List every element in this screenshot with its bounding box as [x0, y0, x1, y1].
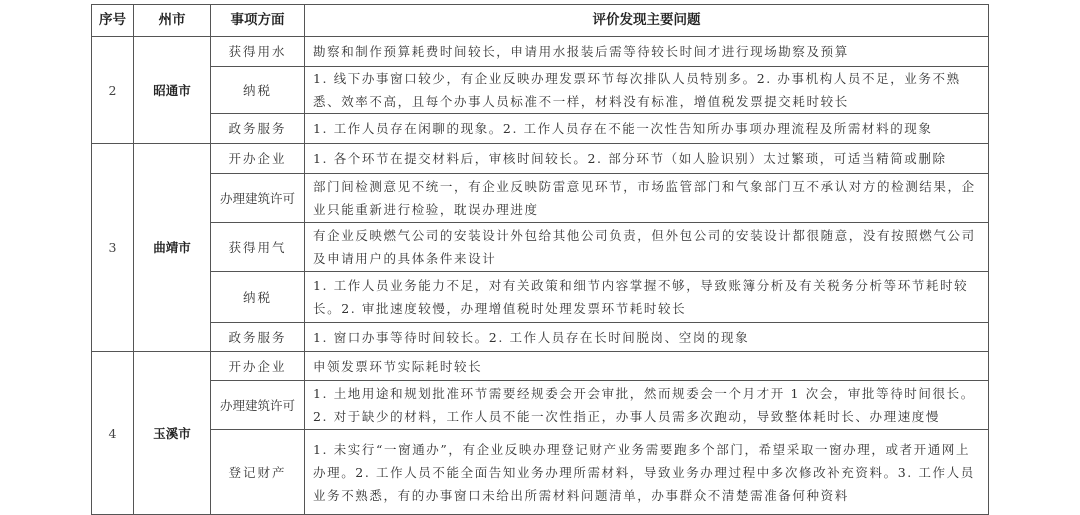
issue-description: 1. 各个环节在提交材料后，审核时间较长。2. 部分环节（如人脸识别）太过繁琐，…: [305, 144, 989, 174]
item-category: 办理建筑许可: [211, 174, 305, 223]
city-name: 曲靖市: [134, 144, 211, 352]
city-name: 昭通市: [134, 37, 211, 144]
table-row: 3 曲靖市 开办企业 1. 各个环节在提交材料后，审核时间较长。2. 部分环节（…: [92, 144, 989, 174]
table-row: 纳税 1. 工作人员业务能力不足，对有关政策和细节内容掌握不够，导致账簿分析及有…: [92, 272, 989, 323]
table-row: 办理建筑许可 部门间检测意见不统一，有企业反映防雷意见环节，市场监管部门和气象部…: [92, 174, 989, 223]
city-name: 玉溪市: [134, 352, 211, 515]
header-issue: 评价发现主要问题: [305, 5, 989, 37]
issue-description: 1. 未实行“一窗通办”，有企业反映办理登记财产业务需要跑多个部门，希望采取一窗…: [305, 430, 989, 515]
issue-description: 有企业反映燃气公司的安装设计外包给其他公司负责，但外包公司的安装设计都很随意，没…: [305, 223, 989, 272]
table-row: 获得用气 有企业反映燃气公司的安装设计外包给其他公司负责，但外包公司的安装设计都…: [92, 223, 989, 272]
row-number: 3: [92, 144, 134, 352]
item-category: 政务服务: [211, 323, 305, 352]
issue-description: 1. 窗口办事等待时间较长。2. 工作人员存在长时间脱岗、空岗的现象: [305, 323, 989, 352]
item-category: 获得用水: [211, 37, 305, 67]
item-category: 开办企业: [211, 352, 305, 381]
item-category: 开办企业: [211, 144, 305, 174]
table-row: 政务服务 1. 窗口办事等待时间较长。2. 工作人员存在长时间脱岗、空岗的现象: [92, 323, 989, 352]
item-category: 纳税: [211, 67, 305, 114]
issue-description: 申领发票环节实际耗时较长: [305, 352, 989, 381]
issue-description: 勘察和制作预算耗费时间较长，申请用水报装后需等待较长时间才进行现场勘察及预算: [305, 37, 989, 67]
item-category: 办理建筑许可: [211, 381, 305, 430]
table-row: 纳税 1. 线下办事窗口较少，有企业反映办理发票环节每次排队人员特别多。2. 办…: [92, 67, 989, 114]
issue-description: 1. 土地用途和规划批准环节需要经规委会开会审批，然而规委会一个月才开 1 次会…: [305, 381, 989, 430]
table-row: 2 昭通市 获得用水 勘察和制作预算耗费时间较长，申请用水报装后需等待较长时间才…: [92, 37, 989, 67]
table-row: 政务服务 1. 工作人员存在闲聊的现象。2. 工作人员存在不能一次性告知所办事项…: [92, 114, 989, 144]
item-category: 纳税: [211, 272, 305, 323]
header-city: 州市: [134, 5, 211, 37]
row-number: 2: [92, 37, 134, 144]
table-header-row: 序号 州市 事项方面 评价发现主要问题: [92, 5, 989, 37]
issue-description: 部门间检测意见不统一，有企业反映防雷意见环节，市场监管部门和气象部门互不承认对方…: [305, 174, 989, 223]
issue-description: 1. 工作人员业务能力不足，对有关政策和细节内容掌握不够，导致账簿分析及有关税务…: [305, 272, 989, 323]
item-category: 登记财产: [211, 430, 305, 515]
table-row: 4 玉溪市 开办企业 申领发票环节实际耗时较长: [92, 352, 989, 381]
table-row: 登记财产 1. 未实行“一窗通办”，有企业反映办理登记财产业务需要跑多个部门，希…: [92, 430, 989, 515]
header-item: 事项方面: [211, 5, 305, 37]
header-no: 序号: [92, 5, 134, 37]
item-category: 政务服务: [211, 114, 305, 144]
issue-description: 1. 线下办事窗口较少，有企业反映办理发票环节每次排队人员特别多。2. 办事机构…: [305, 67, 989, 114]
row-number: 4: [92, 352, 134, 515]
table-row: 办理建筑许可 1. 土地用途和规划批准环节需要经规委会开会审批，然而规委会一个月…: [92, 381, 989, 430]
issue-description: 1. 工作人员存在闲聊的现象。2. 工作人员存在不能一次性告知所办事项办理流程及…: [305, 114, 989, 144]
item-category: 获得用气: [211, 223, 305, 272]
evaluation-issues-table: 序号 州市 事项方面 评价发现主要问题 2 昭通市 获得用水 勘察和制作预算耗费…: [91, 4, 989, 515]
